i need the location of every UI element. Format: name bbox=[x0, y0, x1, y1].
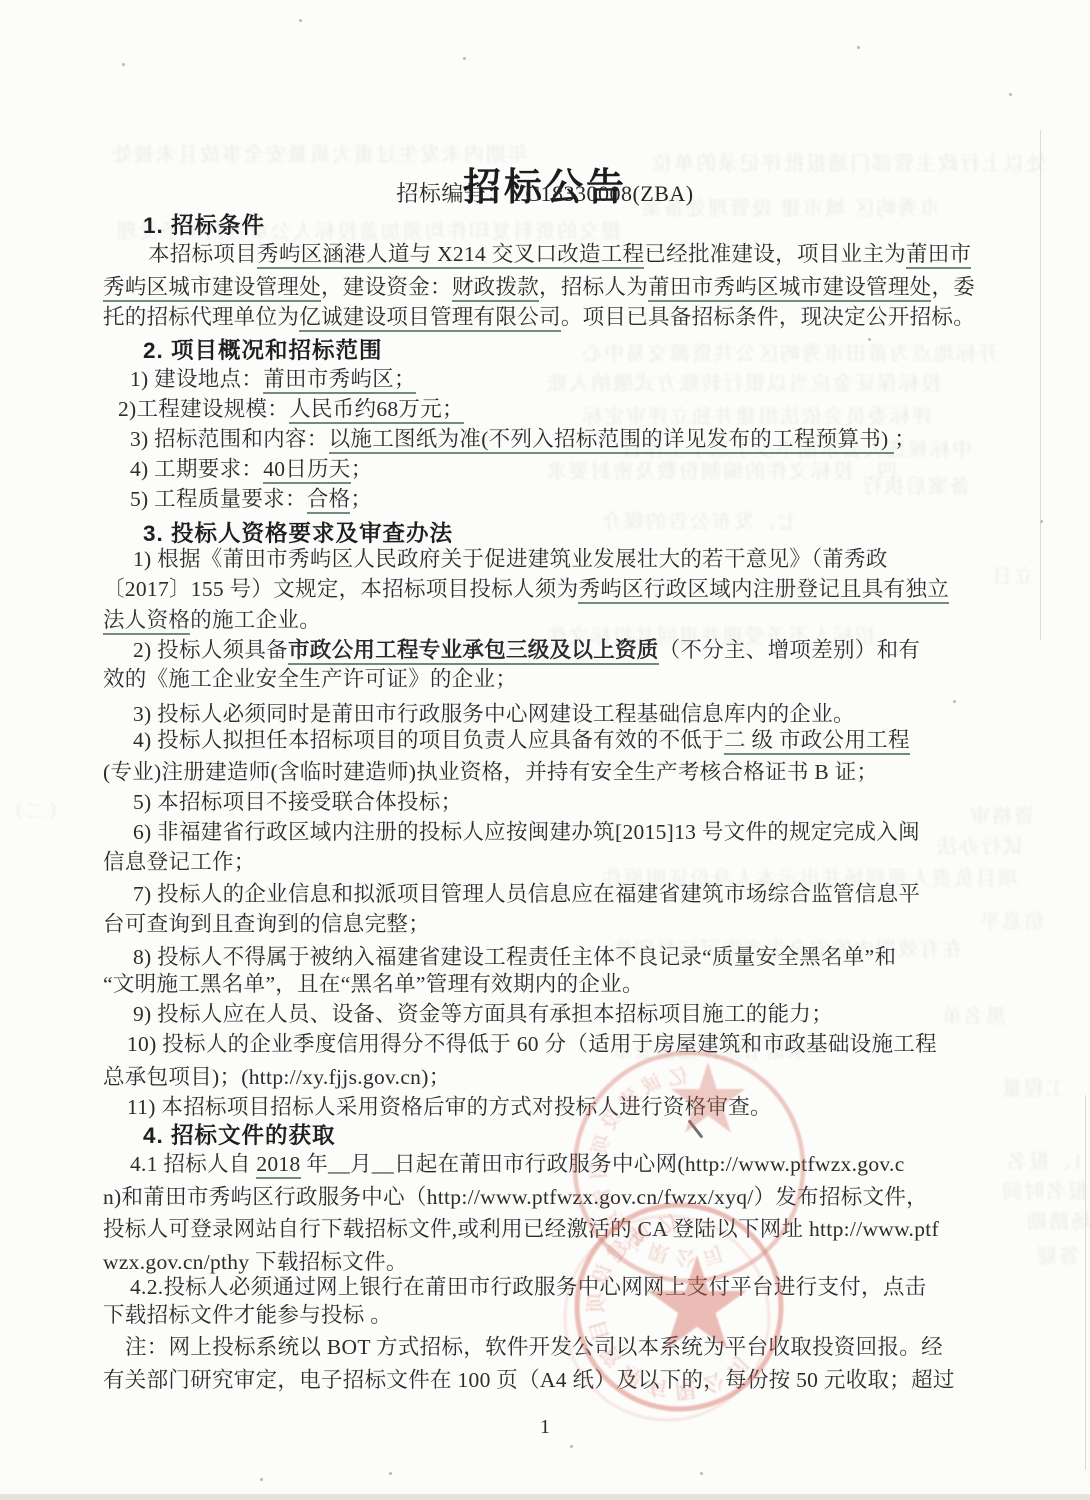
bleedthrough-text: 报名时间 bbox=[1000, 1175, 1088, 1204]
bleedthrough-text: 备案后执行 bbox=[860, 470, 970, 499]
paper-speck bbox=[857, 46, 860, 49]
text-line: 4.1 招标人自 2018 年__月__日起在莆田市行政服务中心网(http:/… bbox=[130, 1147, 905, 1178]
text-segment: 6) 非福建省行政区域内注册的投标人应按闽建办筑[2015]13 号文件的规定完… bbox=[133, 820, 920, 844]
bleedthrough-text: 1、报名 bbox=[1005, 1145, 1083, 1174]
text-line: 1) 建设地点：莆田市秀屿区； bbox=[130, 362, 416, 393]
bleedthrough-text: 答疑 bbox=[1035, 1240, 1079, 1269]
text-line: 托的招标代理单位为亿诚建设项目管理有限公司。项目已具备招标条件，现决定公开招标。 bbox=[103, 300, 975, 331]
text-line: 台可查询到且查询到的信息完整； bbox=[103, 907, 430, 938]
paper-speck bbox=[700, 1472, 703, 1475]
text-segment: 秀屿区城市建设管理处 bbox=[103, 275, 321, 302]
text-segment: ，建设资金： bbox=[321, 275, 452, 299]
text-segment: 财政拨款 bbox=[452, 275, 539, 302]
text-segment: 人民币约68万元； bbox=[289, 397, 464, 424]
text-segment: ，招标人为 bbox=[539, 275, 648, 299]
text-line: 5) 工程质量要求：合格； bbox=[130, 482, 372, 513]
text-segment: ； bbox=[894, 427, 916, 451]
text-segment: 信息登记工作； bbox=[103, 850, 256, 874]
text-line: 本招标项目秀屿区涵港人道与 X214 交叉口改造工程已经批准建设，项目业主为莆田… bbox=[148, 237, 971, 268]
page: 年期内未发生过重大质量安全事故且未被处处以上行政主管部门通报批评记录的单位市秀屿… bbox=[0, 0, 1090, 1500]
text-segment: 市政公用工程专业承包三级及以上资质 bbox=[288, 638, 659, 665]
text-segment: 总承包项目)；(http://xy.fjjs.gov.cn)； bbox=[103, 1065, 451, 1089]
text-segment: ； bbox=[350, 487, 372, 511]
section-heading: 4. 招标文件的获取 bbox=[143, 1118, 336, 1150]
section-heading: 1. 招标条件 bbox=[143, 208, 265, 240]
text-segment: (专业)注册建造师(含临时建造师)执业资格，并持有安全生产考核合格证书 B 证； bbox=[103, 760, 878, 784]
check-mark bbox=[688, 1119, 704, 1138]
text-segment: 〔2017〕155 号）文规定，本招标项目投标人须为 bbox=[103, 577, 578, 601]
text-segment: 2. 项目概况和招标范围 bbox=[143, 338, 383, 363]
text-segment: 1) 根据《莆田市秀屿区人民政府关于促进建筑业发展壮大的若干意见》（莆秀政 bbox=[133, 547, 888, 571]
text-segment: 。项目已具备招标条件，现决定公开招标。 bbox=[561, 305, 975, 329]
paper-speck bbox=[463, 57, 466, 60]
paper-speck bbox=[868, 338, 871, 341]
text-line: 下载招标文件才能参与投标 。 bbox=[103, 1298, 392, 1329]
paper-speck bbox=[260, 1478, 263, 1481]
text-segment: 投标人可登录网站自行下载招标文件,或利用已经激活的 CA 登陆以下网址 http… bbox=[103, 1217, 939, 1241]
bleedthrough-text: 信息平 bbox=[978, 905, 1044, 934]
bleedthrough-text: （二） bbox=[2, 795, 68, 824]
text-line: 有关部门研究审定，电子招标文件在 100 页（A4 纸）及以下的，每份按 50 … bbox=[103, 1363, 955, 1394]
text-line: n)和莆田市秀屿区行政服务中心（http://www.ptfwzx.gov.cn… bbox=[103, 1180, 928, 1211]
text-segment: 下载招标文件才能参与投标 。 bbox=[103, 1303, 392, 1327]
paper-speck bbox=[570, 1445, 573, 1448]
text-segment: 2)工程建设规模： bbox=[118, 397, 289, 421]
text-line: 秀屿区城市建设管理处，建设资金：财政拨款，招标人为莆田市秀屿区城市建设管理处，委 bbox=[103, 270, 975, 301]
text-segment: 莆田市 bbox=[906, 242, 971, 269]
text-line: 信息登记工作； bbox=[103, 845, 256, 876]
text-line: 5) 本招标项目不接受联合体投标； bbox=[133, 785, 462, 816]
text-segment: 合格 bbox=[307, 487, 351, 514]
text-line: 总承包项目)；(http://xy.fjjs.gov.cn)； bbox=[103, 1060, 451, 1091]
text-line: 11) 本招标项目招标人采用资格后审的方式对投标人进行资格审查。 bbox=[127, 1090, 772, 1121]
text-line: (专业)注册建造师(含临时建造师)执业资格，并持有安全生产考核合格证书 B 证； bbox=[103, 755, 878, 786]
text-line: 2)工程建设规模：人民币约68万元； bbox=[118, 392, 464, 423]
paper-speck bbox=[1009, 93, 1012, 96]
text-segment: ，委 bbox=[931, 275, 975, 299]
text-segment: n)和莆田市秀屿区行政服务中心（http://www.ptfwzx.gov.cn… bbox=[103, 1185, 928, 1209]
text-segment: 2) 投标人须具备 bbox=[133, 638, 288, 662]
text-line: 效的《施工企业安全生产许可证》的企业； bbox=[103, 662, 517, 693]
section-heading: 2. 项目概况和招标范围 bbox=[143, 333, 383, 365]
paper-speck bbox=[122, 63, 125, 66]
text-segment: 以施工图纸为准(不列入招标范围的详见发布的工程预算书) bbox=[329, 427, 895, 454]
text-segment: 8) 投标人不得属于被纳入福建省建设工程责任主体不良记录“质量安全黑名单”和 bbox=[133, 945, 896, 969]
bleedthrough-text: 黑名单 bbox=[940, 1000, 1006, 1029]
text-line: 4.2.投标人必须通过网上银行在莆田市行政服务中心网网上支付平台进行支付，点击 bbox=[130, 1270, 926, 1301]
paper-speck bbox=[389, 1472, 392, 1475]
bleedthrough-text: 工程量 bbox=[1000, 1072, 1066, 1101]
text-line: 〔2017〕155 号）文规定，本招标项目投标人须为秀屿区行政区域内注册登记且具… bbox=[103, 572, 949, 603]
bleedthrough-text: 投标保证金应当以银行转账方式缴纳入账 bbox=[545, 367, 941, 396]
text-segment: 托的招标代理单位为 bbox=[103, 305, 299, 329]
bleedthrough-text: 开标地点为莆田市秀屿区公共资源交易中心 bbox=[580, 337, 998, 366]
scan-bottom-edge bbox=[0, 1494, 1090, 1500]
text-segment: 亿诚建设项目管理有限公司 bbox=[299, 305, 561, 332]
text-segment: 7) 投标人的企业信息和拟派项目管理人员信息应在福建省建筑市场综合监管信息平 bbox=[133, 882, 920, 906]
text-segment: 效的《施工企业安全生产许可证》的企业； bbox=[103, 667, 517, 691]
text-segment: 注：网上投标系统以 BOT 方式招标，软件开发公司以本系统为平台收取投资回报。经 bbox=[125, 1335, 943, 1359]
text-segment: 4.1 招标人自 bbox=[130, 1152, 256, 1176]
text-segment: 1) 建设地点： bbox=[130, 367, 263, 391]
text-segment: 的施工企业。 bbox=[190, 608, 321, 632]
text-line: 4) 工期要求：40日历天； bbox=[130, 452, 373, 483]
text-segment: 台可查询到且查询到的信息完整； bbox=[103, 912, 430, 936]
text-segment: 莆田市秀屿区城市建设管理处 bbox=[648, 275, 931, 302]
text-segment: 法人资格 bbox=[103, 608, 190, 635]
text-segment: 本招标项目 bbox=[148, 242, 257, 266]
text-line: 法人资格的施工企业。 bbox=[103, 603, 321, 634]
text-segment: 年__月__日起在莆田市行政服务中心网(http://www.ptfwzx.go… bbox=[301, 1152, 905, 1176]
text-line: 7) 投标人的企业信息和拟派项目管理人员信息应在福建省建筑市场综合监管信息平 bbox=[133, 877, 920, 908]
bleedthrough-text: 试行办法 bbox=[935, 830, 1023, 859]
paper-speck bbox=[299, 19, 302, 22]
text-line: 3) 招标范围和内容：以施工图纸为准(不列入招标范围的详见发布的工程预算书) ； bbox=[130, 422, 916, 453]
text-segment: 4.2.投标人必须通过网上银行在莆田市行政服务中心网网上支付平台进行支付，点击 bbox=[130, 1275, 926, 1299]
scan-line bbox=[1040, 130, 1041, 640]
text-segment: 1. 招标条件 bbox=[143, 213, 265, 238]
bleedthrough-text: 立日 bbox=[990, 560, 1034, 589]
text-segment: 4) 工期要求： bbox=[130, 457, 263, 481]
text-line: 4) 投标人拟担任本招标项目的项目负责人应具备有效的不低于二 级 市政公用工程 bbox=[133, 723, 910, 754]
page-number: 1 bbox=[0, 1416, 1090, 1439]
bleedthrough-text: 四、投标文件的编制份数及密封要求 bbox=[545, 455, 897, 484]
text-segment: ； bbox=[351, 457, 373, 481]
text-segment: 已经批准建设，项目业主为 bbox=[644, 242, 906, 266]
text-segment: 莆田市秀屿区； bbox=[263, 367, 416, 394]
text-segment: 10) 投标人的企业季度信用得分不得低于 60 分（适用于房屋建筑和市政基础设施… bbox=[127, 1032, 937, 1056]
text-line: 注：网上投标系统以 BOT 方式招标，软件开发公司以本系统为平台收取投资回报。经 bbox=[125, 1330, 943, 1361]
text-line: 1) 根据《莆田市秀屿区人民政府关于促进建筑业发展壮大的若干意见》（莆秀政 bbox=[133, 542, 888, 573]
tender-number: 招标编号：YC18330008(ZBA) bbox=[0, 177, 1090, 208]
text-line: 投标人可登录网站自行下载招标文件,或利用已经激活的 CA 登陆以下网址 http… bbox=[103, 1212, 939, 1243]
text-segment: 4. 招标文件的获取 bbox=[143, 1123, 336, 1148]
text-segment: 秀屿区行政区域内注册登记且具有独立 bbox=[578, 577, 949, 604]
text-segment: 4) 投标人拟担任本招标项目的项目负责人应具备有效的不低于 bbox=[133, 728, 724, 752]
text-segment: 2018 bbox=[256, 1152, 300, 1179]
text-segment: 有关部门研究审定，电子招标文件在 100 页（A4 纸）及以下的，每份按 50 … bbox=[103, 1368, 955, 1392]
text-segment: 二 级 市政公用工程 bbox=[724, 728, 910, 755]
text-segment: 5) 本招标项目不接受联合体投标； bbox=[133, 790, 462, 814]
bleedthrough-text: 七、发布公告的媒介 bbox=[600, 505, 798, 534]
text-segment: 5) 工程质量要求： bbox=[130, 487, 307, 511]
text-line: 2) 投标人须具备市政公用工程专业承包三级及以上资质（不分主、增项差别）和有 bbox=[133, 633, 920, 664]
paper-speck bbox=[953, 700, 956, 703]
text-line: “文明施工黑名单”，且在“黑名单”管理有效期内的企业。 bbox=[103, 967, 644, 998]
text-segment: “文明施工黑名单”，且在“黑名单”管理有效期内的企业。 bbox=[103, 972, 644, 996]
bleedthrough-text: 现场踏勘 bbox=[1025, 1205, 1090, 1234]
text-segment: 9) 投标人应在人员、设备、资金等方面具有承担本招标项目施工的能力； bbox=[133, 1002, 833, 1026]
text-segment: （不分主、增项差别）和有 bbox=[659, 638, 921, 662]
text-segment: 秀屿区涵港人道与 X214 交叉口改造工程 bbox=[257, 242, 644, 269]
text-line: 10) 投标人的企业季度信用得分不得低于 60 分（适用于房屋建筑和市政基础设施… bbox=[127, 1027, 937, 1058]
text-line: 6) 非福建省行政区域内注册的投标人应按闽建办筑[2015]13 号文件的规定完… bbox=[133, 815, 920, 846]
text-segment: 11) 本招标项目招标人采用资格后审的方式对投标人进行资格审查。 bbox=[127, 1095, 772, 1119]
scan-line bbox=[1085, 1095, 1086, 1470]
text-segment: 3) 招标范围和内容： bbox=[130, 427, 329, 451]
bleedthrough-text: 资格审 bbox=[968, 800, 1034, 829]
text-line: 9) 投标人应在人员、设备、资金等方面具有承担本招标项目施工的能力； bbox=[133, 997, 833, 1028]
text-segment: 40日历天 bbox=[263, 457, 351, 484]
